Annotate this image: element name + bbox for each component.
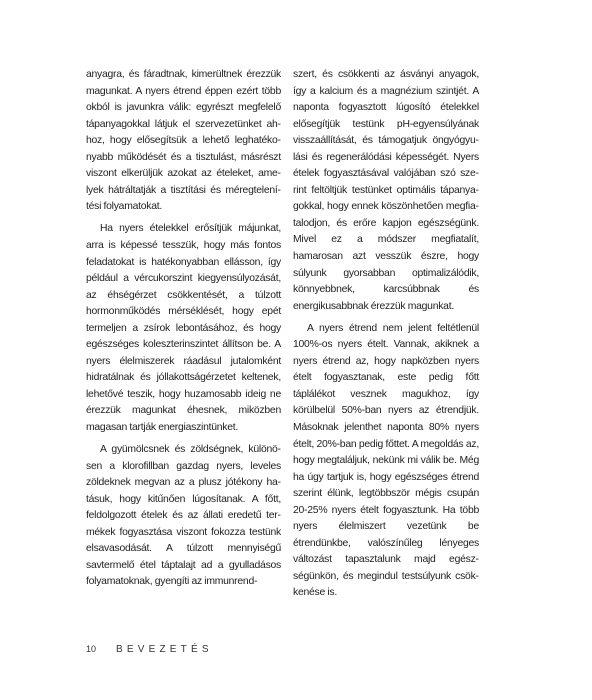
page-number: 10 <box>86 644 116 654</box>
paragraph: A gyümölcsnek és zöldségnek, különö­sen … <box>86 442 281 591</box>
running-chapter-title: BEVEZETÉS <box>116 644 213 655</box>
paragraph-continuation: szert, és csökkenti az ásványi anyagok, … <box>293 67 479 315</box>
paragraph: Ha nyers ételekkel erősítjük májunkat, a… <box>86 221 281 436</box>
right-text-column: szert, és csökkenti az ásványi anyagok, … <box>293 67 479 608</box>
paragraph-continuation: anyagra, és fáradtnak, kimerültnek érezz… <box>86 67 281 216</box>
book-page: anyagra, és fáradtnak, kimerültnek érezz… <box>0 0 592 700</box>
paragraph: A nyers étrend nem jelent feltétlenül 10… <box>293 321 479 602</box>
page-footer: 10 BEVEZETÉS <box>86 644 213 655</box>
left-text-column: anyagra, és fáradtnak, kimerültnek érezz… <box>86 67 281 596</box>
